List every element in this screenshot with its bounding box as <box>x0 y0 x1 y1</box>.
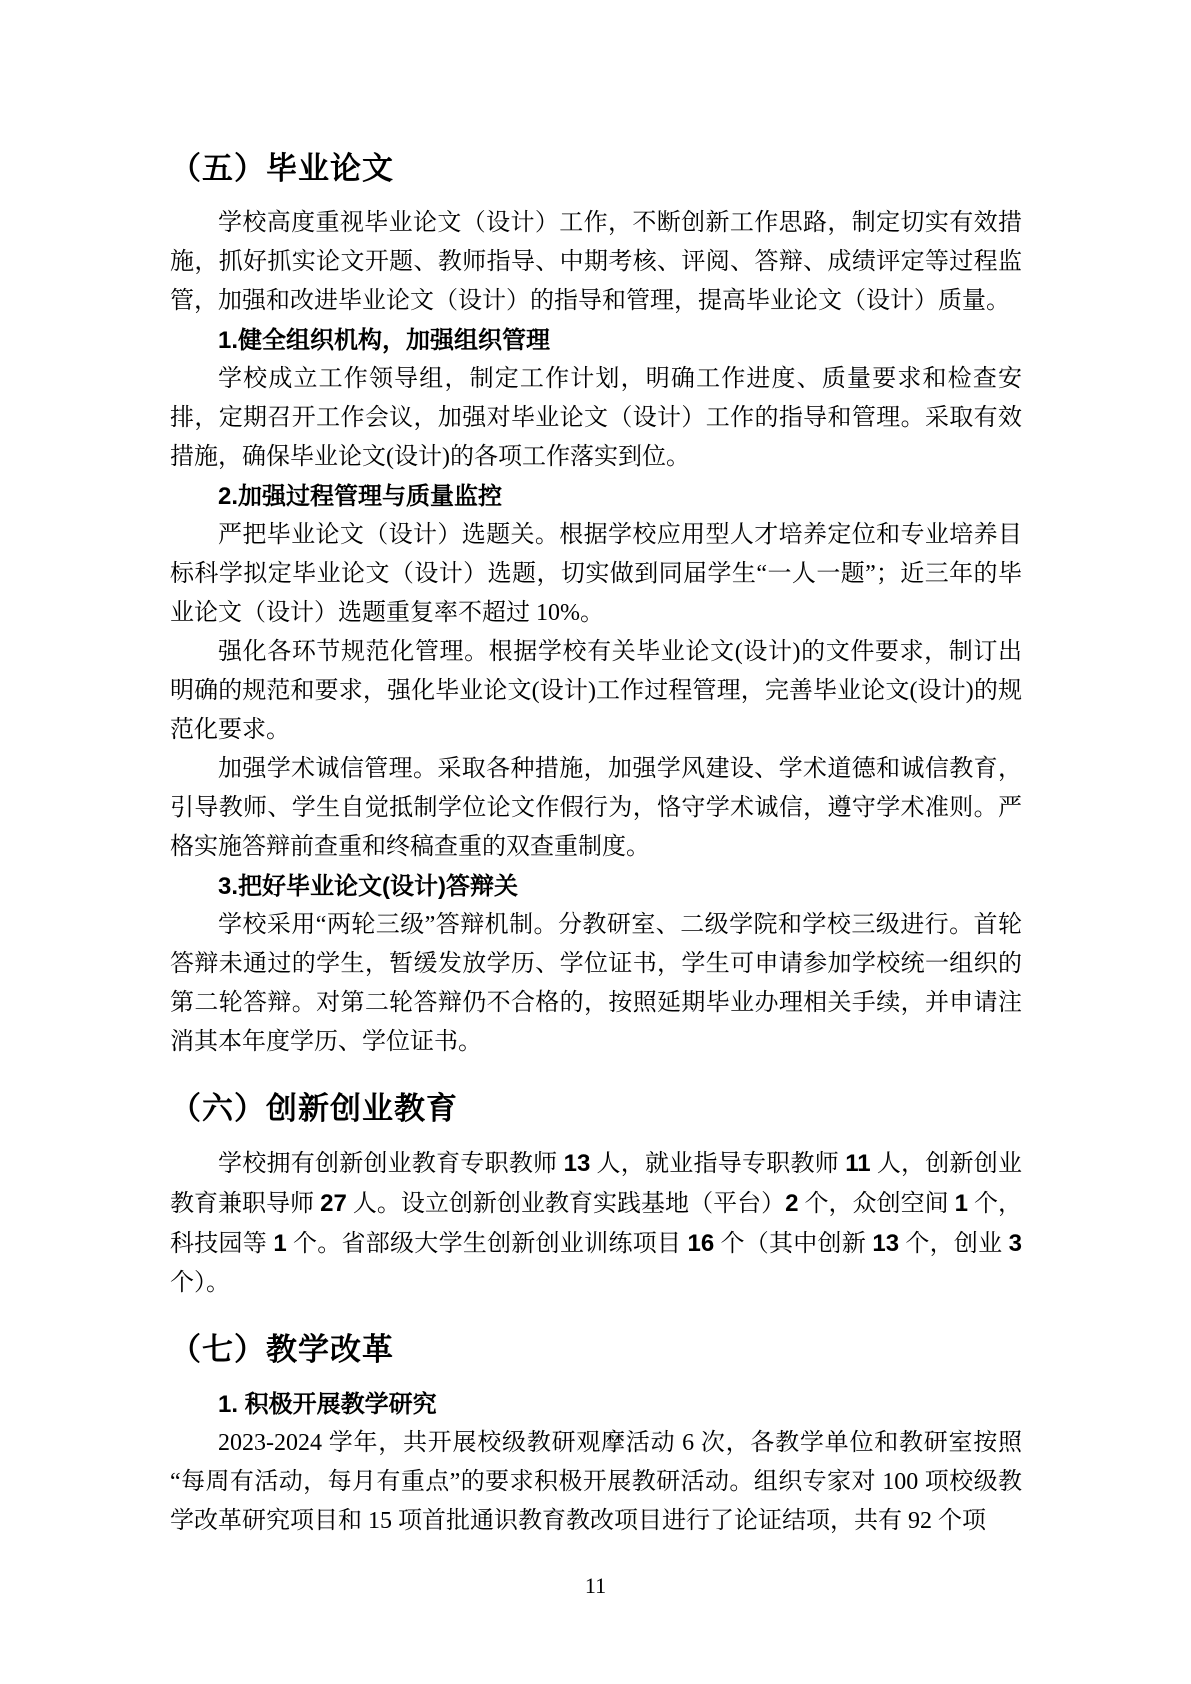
document-content: （五）毕业论文 学校高度重视毕业论文（设计）工作，不断创新工作思路，制定切实有效… <box>170 146 1022 1541</box>
paragraph: 加强学术诚信管理。采取各种措施，加强学风建设、学术道德和诚信教育，引导教师、学生… <box>170 750 1022 867</box>
paragraph: 强化各环节规范化管理。根据学校有关毕业论文(设计)的文件要求，制订出明确的规范和… <box>170 633 1022 750</box>
section-graduation-thesis: （五）毕业论文 学校高度重视毕业论文（设计）工作，不断创新工作思路，制定切实有效… <box>170 146 1022 1062</box>
section-heading-7: （七）教学改革 <box>170 1327 1022 1373</box>
subheading-1-organization: 1.健全组织机构，加强组织管理 <box>170 321 1022 360</box>
inline-number: 16 <box>688 1230 715 1257</box>
inline-number: 27 <box>320 1190 347 1217</box>
subheading-1-teaching-research: 1. 积极开展教学研究 <box>170 1385 1022 1424</box>
inline-number: 1 <box>955 1190 968 1217</box>
section-teaching-reform: （七）教学改革 1. 积极开展教学研究 2023-2024 学年，共开展校级教研… <box>170 1327 1022 1541</box>
paragraph: 2023-2024 学年，共开展校级教研观摩活动 6 次，各教学单位和教研室按照… <box>170 1424 1022 1541</box>
inline-number: 11 <box>845 1150 870 1177</box>
section-innovation-entrepreneurship: （六）创新创业教育 学校拥有创新创业教育专职教师 13 人，就业指导专职教师 1… <box>170 1086 1022 1303</box>
paragraph: 学校拥有创新创业教育专职教师 13 人，就业指导专职教师 11 人，创新创业教育… <box>170 1144 1022 1303</box>
document-page: （五）毕业论文 学校高度重视毕业论文（设计）工作，不断创新工作思路，制定切实有效… <box>0 0 1191 1684</box>
inline-number: 1 <box>273 1230 286 1257</box>
inline-number: 13 <box>872 1230 899 1257</box>
inline-number: 3 <box>1009 1230 1022 1257</box>
paragraph: 学校采用“两轮三级”答辩机制。分教研室、二级学院和学校三级进行。首轮答辩未通过的… <box>170 906 1022 1062</box>
section-heading-6: （六）创新创业教育 <box>170 1086 1022 1132</box>
subheading-3-defense: 3.把好毕业论文(设计)答辩关 <box>170 867 1022 906</box>
paragraph: 学校成立工作领导组，制定工作计划，明确工作进度、质量要求和检查安排，定期召开工作… <box>170 360 1022 477</box>
paragraph: 学校高度重视毕业论文（设计）工作，不断创新工作思路，制定切实有效措施，抓好抓实论… <box>170 204 1022 321</box>
section-heading-5: （五）毕业论文 <box>170 146 1022 192</box>
inline-number: 2 <box>785 1190 798 1217</box>
page-number: 11 <box>0 1572 1191 1600</box>
paragraph: 严把毕业论文（设计）选题关。根据学校应用型人才培养定位和专业培养目标科学拟定毕业… <box>170 516 1022 633</box>
inline-number: 13 <box>564 1150 591 1177</box>
subheading-2-process-quality: 2.加强过程管理与质量监控 <box>170 477 1022 516</box>
